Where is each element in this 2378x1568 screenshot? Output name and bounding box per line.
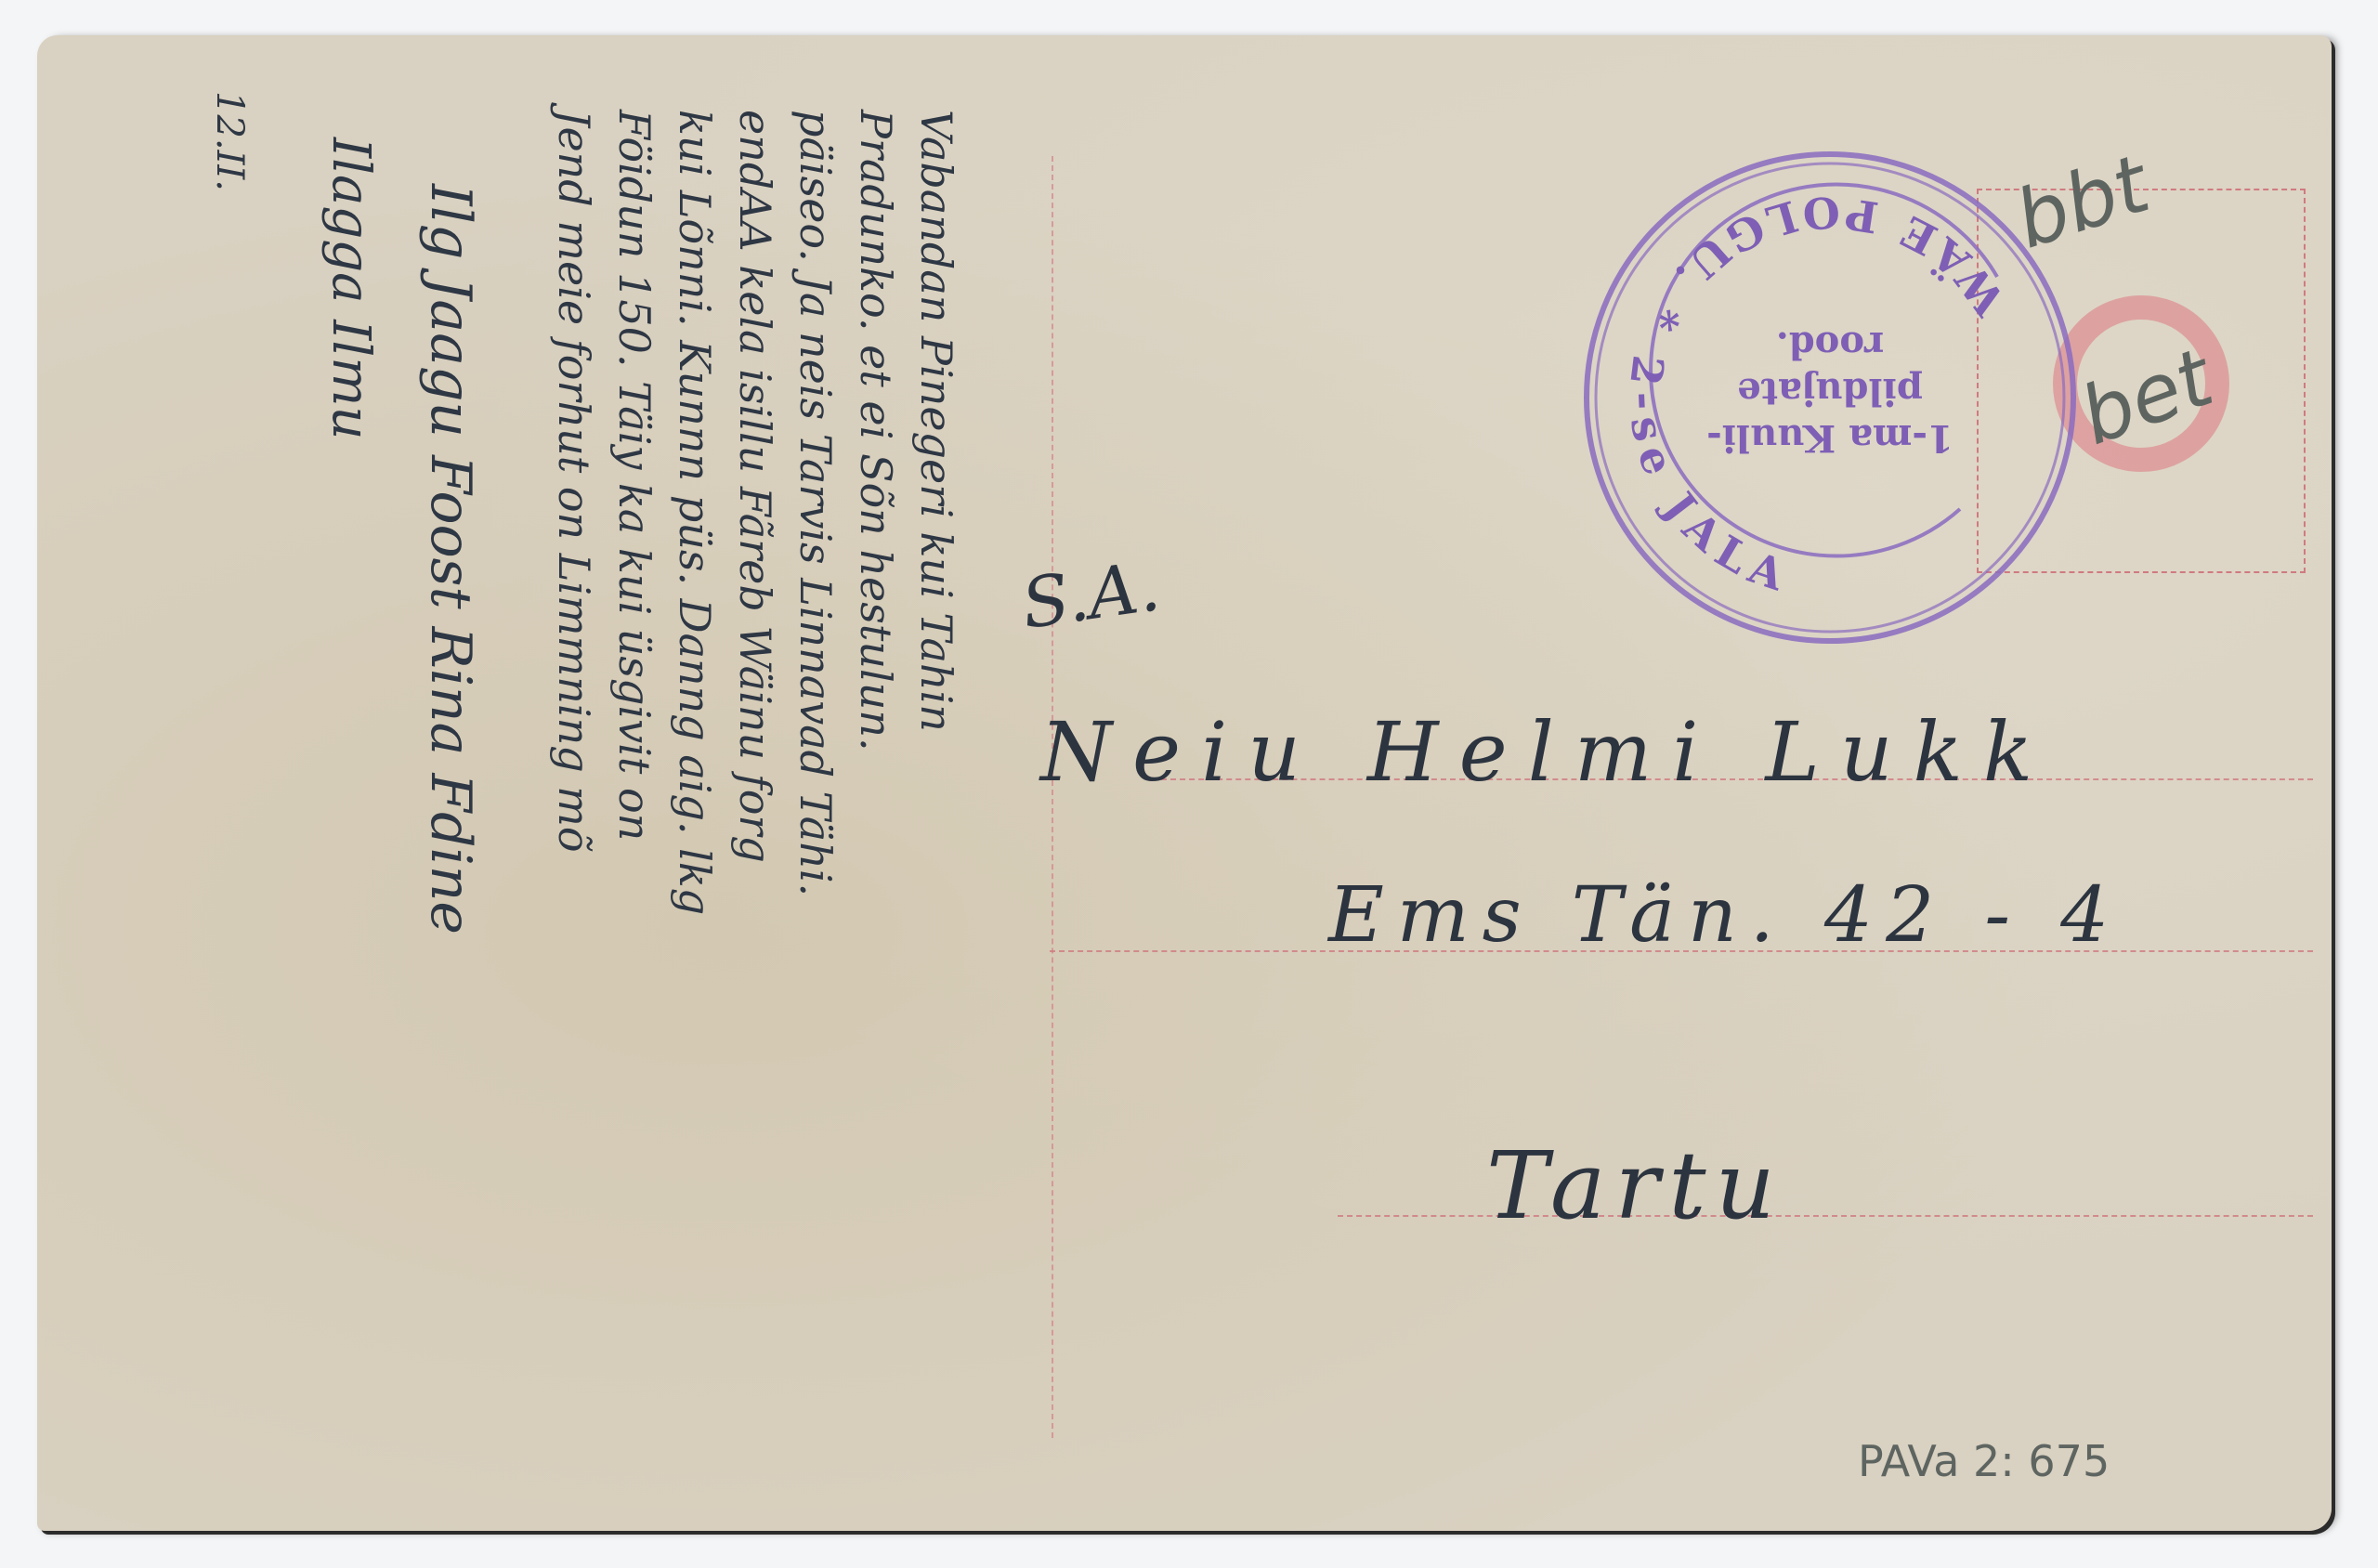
postcard: Vabandan Pinegeri kui Tahin Pradunko. et… — [37, 35, 2332, 1531]
address-recipient: Neiu Helmi Lukk — [1040, 704, 2053, 800]
message-line: Vabandan Pinegeri kui Tahin — [911, 110, 961, 732]
corner-date-note: 12.II. — [208, 91, 251, 191]
message-line: Pradunko. et ei Sõn hestulun. — [851, 110, 901, 751]
postmark-inner-line: 1-ma Kuuli- — [1706, 416, 1953, 460]
archive-reference: PAVa 2: 675 — [1858, 1436, 2110, 1486]
address-rule — [1338, 1215, 2313, 1217]
message-line: endAA kela isillu Fãreb Wäinu forg — [730, 110, 780, 863]
handwritten-message: Vabandan Pinegeri kui Tahin Pradunko. et… — [93, 100, 1022, 1549]
postmark-circle-icon: WÄE POLGU. * 2-se JALA 1-ma Kuuli- pildu… — [1570, 137, 2090, 658]
message-signature: Ilg Jaagu Foost Rina Fdine — [418, 184, 483, 934]
postmark-inner-line: rood. — [1776, 323, 1884, 367]
address-prefix: S.A. — [1017, 546, 1165, 645]
message-line: Jend meie forhut on Limmning mõ — [549, 110, 599, 853]
message-line: kui Lõnni. Kunnn püs. Danng aig. lkg — [670, 110, 720, 915]
message-line: päiseo. Ja neis Tarvis Linnavad Tähi. — [790, 110, 841, 896]
address-street: Ems Tän. 42 - 4 — [1328, 871, 2122, 960]
postmark-inner-line: pildujate — [1737, 370, 1923, 413]
message-line: Föidun 150. Täiy ka kui üsgivit on — [609, 110, 660, 841]
address-city: Tartu — [1486, 1131, 1784, 1240]
message-closing: Ilagga Ilmu — [320, 137, 381, 440]
